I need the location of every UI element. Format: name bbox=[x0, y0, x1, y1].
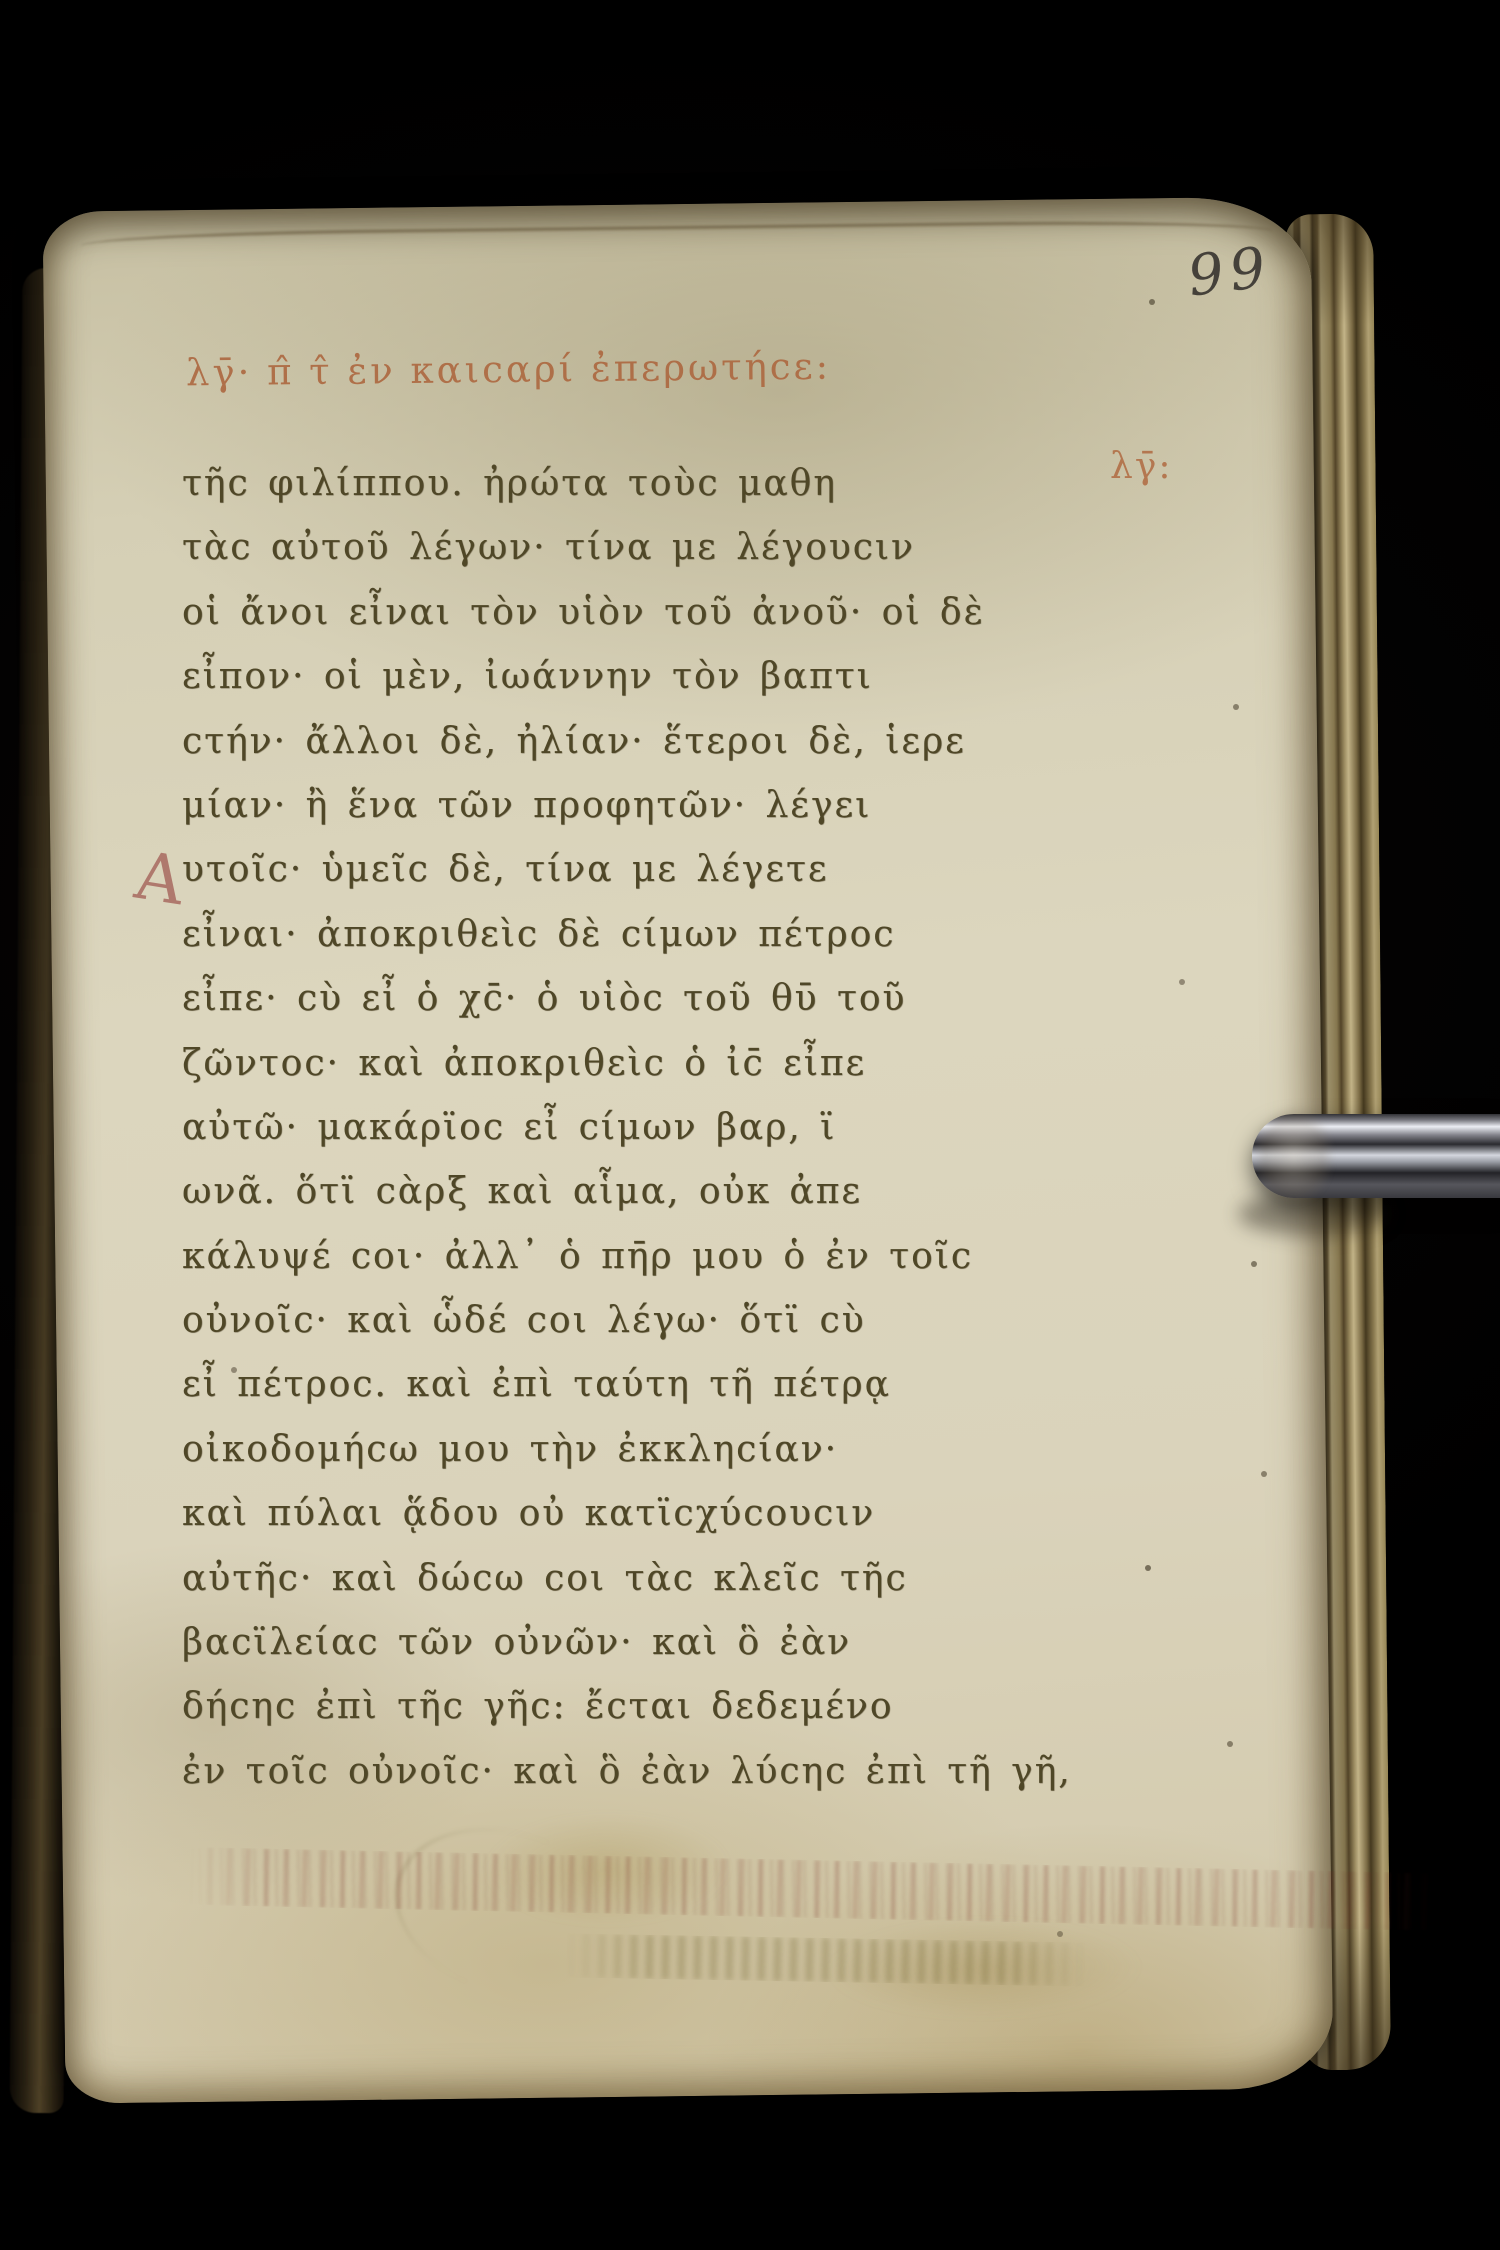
folio-number: 99 bbox=[1184, 232, 1301, 310]
underlying-leaf-edge bbox=[81, 219, 1273, 259]
text-line: ωνᾶ. ὅτϊ ϲὰρξ καὶ αἷμα, οὐκ ἀπε bbox=[182, 1160, 1142, 1224]
text-line: καὶ πύλαι ᾅδου οὐ κατϊϲχύϲουϲιν bbox=[182, 1482, 1142, 1546]
text-line: εἶπε· ϲὺ εἶ ὁ χϲ̄· ὁ υἱὸϲ τοῦ θῡ τοῦ bbox=[182, 967, 1142, 1031]
text-line: μίαν· ἢ ἕνα τῶν προφητῶν· λέγει bbox=[182, 774, 1142, 838]
text-line: ἐν τοῖϲ οὐνοῖϲ· καὶ ὃ ἐὰν λύϲηϲ ἐπὶ τῆ γ… bbox=[182, 1740, 1142, 1804]
text-line: ϲτήν· ἄλλοι δὲ, ἠλίαν· ἕτεροι δὲ, ἱερε bbox=[182, 710, 1142, 774]
text-line: οἱ ἄνοι εἶναι τὸν υἱὸν τοῦ ἀνοῦ· οἱ δὲ bbox=[182, 581, 1142, 645]
ink-specks bbox=[0, 0, 4, 4]
text-line: εἶπον· οἱ μὲν, ἰωάννην τὸν βαπτι bbox=[182, 645, 1142, 709]
text-line: δήϲηϲ ἐπὶ τῆϲ γῆϲ: ἔϲται δεδεμένο bbox=[182, 1675, 1142, 1739]
text-line: κάλυψέ ϲοι· ἀλλ᾽ ὁ πη̄ρ μου ὁ ἐν τοῖϲ bbox=[182, 1225, 1142, 1289]
text-line: οἰκοδομήϲω μου τὴν ἐκκληϲίαν· bbox=[182, 1418, 1142, 1482]
rubric-heading: λγ̄· π̂ τ̂ ἐν καιϲαρί ἐπερωτήϲε: bbox=[186, 345, 832, 395]
text-line: υτοῖϲ· ὑμεῖϲ δὲ, τίνα με λέγετε bbox=[182, 838, 1142, 902]
page-weight-rod bbox=[1252, 1114, 1500, 1198]
text-line: ζῶντοϲ· καὶ ἀποκριθεὶϲ ὁ ἰϲ̄ εἶπε bbox=[182, 1032, 1142, 1096]
text-line: τῆϲ φιλίππου. ἠρώτα τοὺϲ μαθη bbox=[182, 452, 1142, 516]
text-line: εἶναι· ἀποκριθεὶϲ δὲ ϲίμων πέτροϲ bbox=[182, 903, 1142, 967]
text-line: βαϲϊλείαϲ τῶν οὐνῶν· καὶ ὃ ἐὰν bbox=[182, 1611, 1142, 1675]
text-line: οὐνοῖϲ· καὶ ὧδέ ϲοι λέγω· ὅτϊ ϲὺ bbox=[182, 1289, 1142, 1353]
greek-text-block: τῆϲ φιλίππου. ἠρώτα τοὺϲ μαθη τὰϲ αὐτοῦ … bbox=[182, 452, 1142, 1804]
text-line: τὰϲ αὐτοῦ λέγων· τίνα με λέγουϲιν bbox=[182, 516, 1142, 580]
rod-rounded-tip bbox=[1252, 1105, 1356, 1207]
faded-ink-smudge bbox=[566, 1933, 1087, 1986]
text-line: αὐτῆϲ· καὶ δώϲω ϲοι τὰϲ κλεῖϲ τῆϲ bbox=[182, 1547, 1142, 1611]
text-line: αὐτῶ· μακάρϊοϲ εἶ ϲίμων βαρ, ϊ bbox=[182, 1096, 1142, 1160]
text-line: εἶ πέτροϲ. καὶ ἐπὶ ταύτη τῆ πέτρᾳ bbox=[182, 1353, 1142, 1417]
photo-background: 99 λγ̄· π̂ τ̂ ἐν καιϲαρί ἐπερωτήϲε: λγ̄:… bbox=[0, 0, 1500, 2250]
